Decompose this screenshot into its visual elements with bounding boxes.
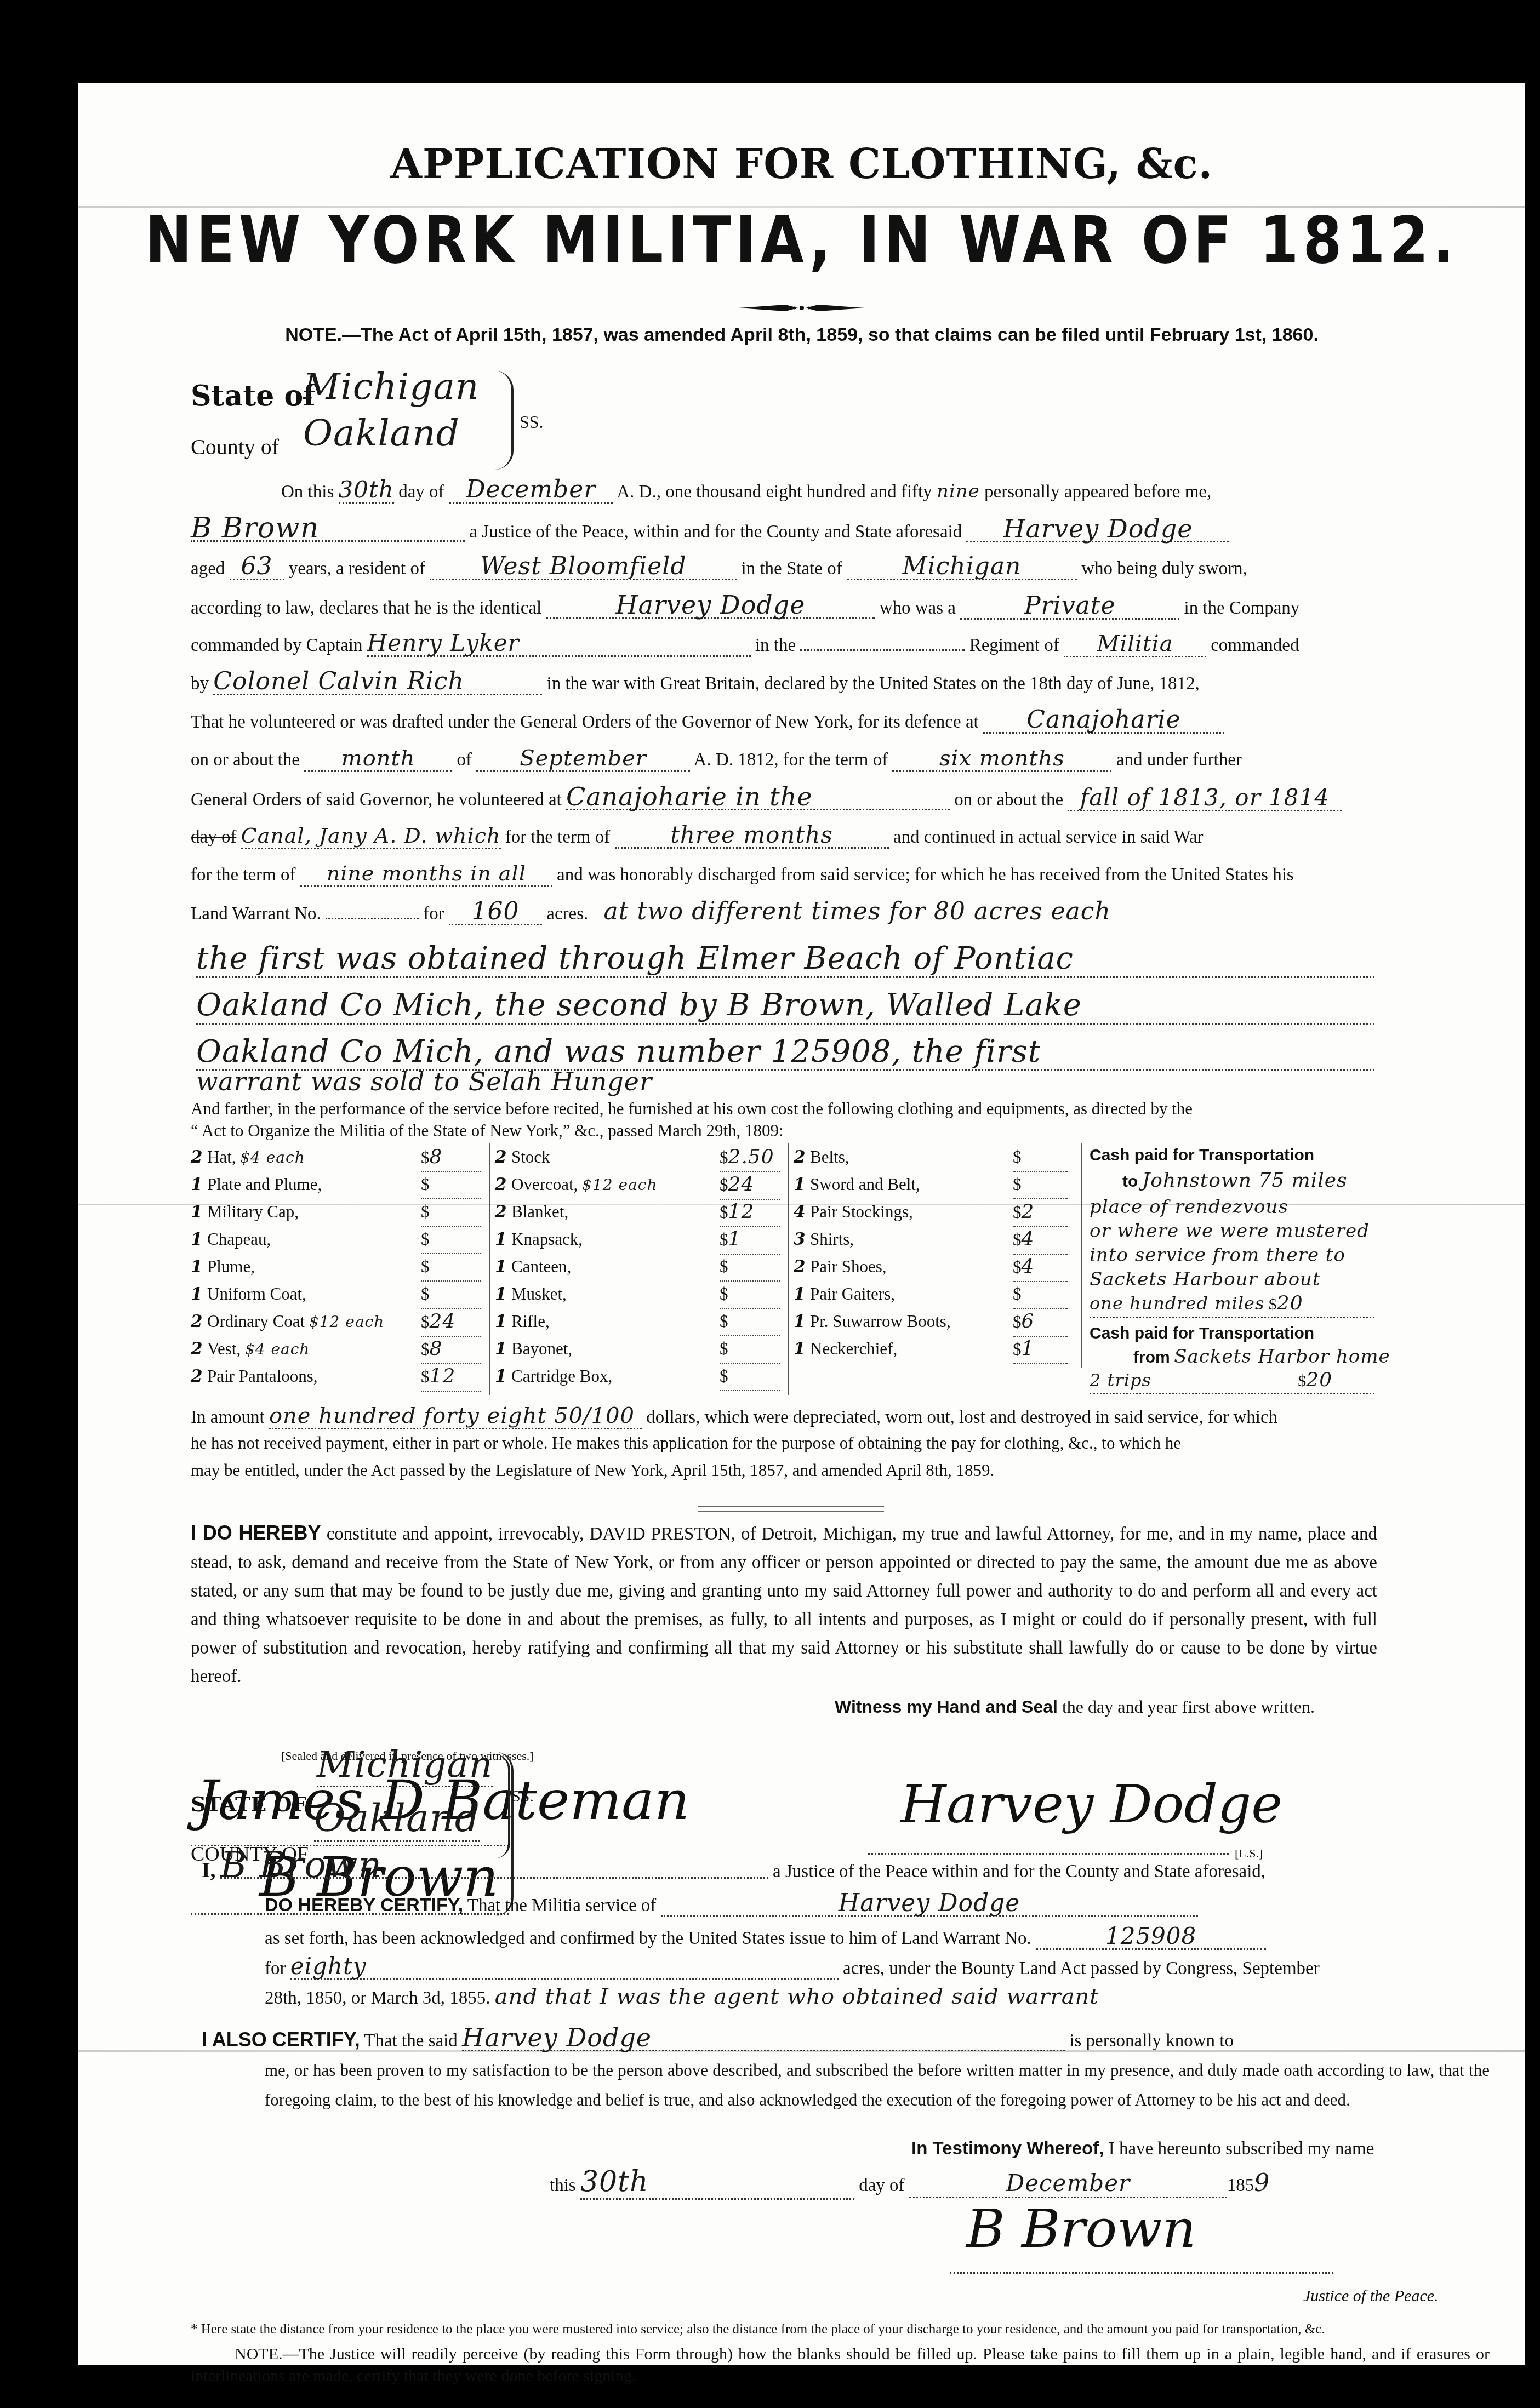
item-row: 2Pair Shoes, $4 [794,1253,1073,1280]
text: as set forth, has been acknowledged and … [265,1929,1031,1948]
item-qty: 1 [794,1308,810,1335]
amount-label: In amount [191,1408,265,1427]
dollar-sign: $ [1269,1295,1277,1313]
item-label: Stock [511,1147,550,1166]
dollar-sign: $ [720,1284,728,1303]
transport-from-label: Cash paid for Transportation [1090,1322,1484,1346]
item-price-field: $ [720,1335,780,1364]
text: day of [398,482,444,502]
cert-service-of: Harvey Dodge [661,1891,1198,1917]
field-year-word: nine [937,481,980,502]
item-qty: 2 [191,1308,207,1335]
transport-to-line: into service from there to [1090,1243,1484,1267]
item-label: Belts, [810,1147,849,1166]
footer-note-text: The Justice will readily perceive (by re… [191,2345,1490,2385]
dollar-sign: $ [421,1284,430,1303]
text: and under further [1116,750,1242,770]
item-note: $12 each [309,1313,384,1331]
item-row: 2Belts, $ [794,1143,1073,1171]
field-acres: 160 [449,900,542,925]
attorney-paragraph: I DO HEREBY constitute and appoint, irre… [191,1519,1377,1691]
dollar-sign: $ [421,1175,430,1194]
item-price: 12 [430,1363,456,1390]
text: I have hereunto subscribed my name [1109,2139,1374,2159]
item-qty: 1 [191,1280,207,1308]
item-row: 2Pair Pantaloons, $12 [191,1363,487,1390]
text: dollars, which were depreciated, worn ou… [646,1408,1277,1427]
cert-ss: SS. [511,1787,534,1806]
item-price: 4 [1022,1226,1035,1253]
text: General Orders of said Governor, he volu… [191,790,562,810]
item-label: Plate and Plume, [207,1175,322,1194]
field-term-2: three months [615,823,889,849]
item-label: Uniform Coat, [207,1284,306,1303]
cert-act-line: 28th, 1850, or March 3d, 1855. and that … [265,1984,1490,2010]
item-qty: 2 [794,1253,810,1280]
justice-signature: B Brown [966,2198,1196,2260]
text: who was a [880,598,956,618]
field-term-1: six months [892,746,1111,772]
dollar-sign: $ [421,1257,430,1276]
cert-day: 30th [580,2165,854,2200]
text: personally appeared before me, [984,482,1211,502]
item-label: Blanket, [511,1202,568,1221]
signature-line [950,2272,1333,2274]
item-price-field: $ [720,1363,780,1391]
cert-justice-line: I, B Brown a Justice of the Peace within… [202,1853,1490,1884]
item-note: $12 each [582,1176,657,1194]
item-price: 6 [1022,1308,1035,1335]
item-qty: 3 [794,1226,810,1253]
transport-to-label: Cash paid for Transportation [1090,1143,1484,1168]
text: of [457,750,472,770]
item-label: Neckerchief, [810,1339,897,1358]
dollar-sign: $ [421,1312,430,1331]
cert-also-name: Harvey Dodge [462,2026,1065,2051]
text: is personally known to [1069,2031,1234,2051]
text: acres. [546,904,588,924]
text: That the said [364,2031,457,2051]
item-price: 24 [728,1171,755,1198]
field-total-term: nine months in all [300,861,552,887]
text: commanded by Captain [191,636,362,655]
field-justice-name: B Brown [191,516,465,542]
column-divider [788,1143,789,1395]
field-day-of: Canal, Jany A. D. which [241,823,501,849]
item-price-field: $2.50 [720,1143,780,1172]
item-price: 2.50 [728,1143,774,1171]
item-price-field: $ [1013,1171,1068,1199]
declaration-line-7: That he volunteered or was drafted under… [191,708,1490,734]
text: 28th, 1850, or March 3d, 1855. [265,1988,490,2008]
text: aged [191,559,225,579]
item-row: 4Pair Stockings, $2 [794,1198,1073,1226]
dollar-sign: $ [1013,1257,1022,1277]
dollar-sign: $ [1013,1175,1022,1194]
text: a Justice of the Peace within and for th… [773,1862,1265,1881]
witness-lead: Witness my Hand and Seal [835,1697,1058,1717]
dollar-sign: $ [1013,1284,1022,1303]
item-qty: 2 [495,1171,511,1198]
county-label: County of [191,434,279,460]
item-note: $4 each [245,1340,310,1358]
item-price: 1 [728,1226,742,1253]
remark-line-1: at two different times for 80 acres each [604,897,1111,925]
state-value: Michigan [303,365,479,408]
dollar-sign: $ [421,1148,430,1167]
declaration-line-4: according to law, declares that he is th… [191,593,1490,620]
field-land-warrant-no [326,918,419,919]
item-price: 24 [430,1308,456,1335]
witness-rest: the day and year first above written. [1062,1697,1315,1717]
dollar-sign: $ [720,1339,728,1358]
text: in the [755,636,796,655]
dollar-sign: $ [1013,1147,1022,1166]
state-label: State of [191,379,316,413]
cert-warrant-no: 125908 [1036,1924,1266,1950]
item-row: 1Military Cap, $ [191,1198,487,1226]
item-row: 1Pair Gaiters, $ [794,1280,1073,1308]
item-label: Overcoat, [511,1175,578,1194]
field-residence-state: Michigan [847,554,1077,580]
item-qty: 1 [794,1335,810,1363]
item-qty: 2 [794,1143,810,1171]
amount-line-3: may be entitled, under the Act passed by… [191,1458,1490,1483]
field-volunteered-at: Canajoharie in the [566,785,950,810]
item-price-field: $1 [720,1226,780,1255]
item-qty: 1 [495,1253,511,1280]
text: That he volunteered or was drafted under… [191,712,979,732]
field-claimant: Harvey Dodge [966,517,1229,542]
testimony-lead: In Testimony Whereof, [911,2138,1104,2158]
remark-line-4: Oakland Co Mich, and was number 125908, … [196,1034,1374,1071]
field-identical-name: Harvey Dodge [546,593,875,619]
filing-deadline-note: NOTE.—The Act of April 15th, 1857, was a… [78,324,1525,346]
item-price-field: $ [421,1171,481,1199]
cert-agent-note: and that I was the agent who obtained sa… [495,1984,1099,2009]
dollar-sign: $ [421,1202,430,1221]
cert-acres-line: for eighty acres, under the Bounty Land … [265,1954,1490,1981]
item-qty: 1 [191,1198,207,1226]
transport-to-line: Johnstown 75 miles [1142,1169,1348,1192]
field-regiment: Militia [1064,632,1206,657]
item-price-field: $ [1013,1280,1068,1309]
footer-note-lead: NOTE.— [235,2345,299,2363]
testimony-date-line: this 30th day of December1859 [550,2165,1270,2200]
item-qty: 1 [191,1253,207,1280]
item-label: Plume, [207,1257,255,1276]
text: this [550,2176,576,2195]
witness-line: Witness my Hand and Seal the day and yea… [835,1697,1315,1717]
transport-from-text-2: 2 trips [1090,1370,1151,1391]
item-qty: 1 [495,1363,511,1390]
item-row: 1Uniform Coat, $ [191,1280,487,1308]
dollar-sign: $ [720,1257,728,1276]
document-page: APPLICATION FOR CLOTHING, &c. NEW YORK M… [78,83,1525,2365]
text: according to law, declares that he is th… [191,598,541,618]
text: who being duly sworn, [1081,559,1247,579]
declaration-line-13: And farther, in the performance of the s… [191,1097,1490,1121]
item-price: 8 [430,1335,443,1363]
item-row: 1Plate and Plume, $ [191,1171,487,1198]
text: Regiment of [969,636,1059,655]
footer-note: NOTE.—The Justice will readily perceive … [191,2343,1490,2387]
field-colonel: Colonel Calvin Rich [213,670,542,695]
dollar-sign: $ [421,1340,430,1359]
transport-to-line: Sackets Harbour about [1090,1267,1484,1291]
text: for the term of [191,865,296,885]
text: A. D. 1812, for the term of [694,750,888,770]
cert-justice-name: B Brown [220,1853,768,1879]
item-label: Musket, [511,1284,567,1303]
items-column-1: 2Hat, $4 each$81Plate and Plume, $1Milit… [191,1143,487,1390]
attorney-lead: I DO HEREBY [191,1522,321,1544]
item-qty: 2 [495,1143,511,1171]
dollar-sign: $ [1013,1230,1022,1249]
item-row: 2Ordinary Coat $12 each$24 [191,1308,487,1335]
item-price-field: $24 [421,1308,481,1337]
text: That the Militia service of [467,1896,657,1915]
item-row: 1Bayonet, $ [495,1335,785,1363]
item-qty: 1 [191,1226,207,1253]
amount-line-2: he has not received payment, either in p… [191,1431,1490,1455]
declaration-line-11: for the term of nine months in all and w… [191,861,1490,887]
text: on or about the [191,750,300,770]
text: On this [281,482,334,502]
transport-to-line: or where we were mustered [1090,1219,1484,1243]
item-label: Chapeau, [207,1229,271,1249]
declaration-line-8: on or about the month of September A. D.… [191,746,1490,772]
text: in the State of [742,559,842,579]
item-price-field: $ [720,1253,780,1282]
item-price-field: $4 [1013,1253,1068,1282]
claimant-signature: Harvey Dodge [900,1774,1282,1835]
field-service-month: September [476,746,690,772]
text: day of [859,2176,904,2195]
item-qty: 4 [794,1198,810,1226]
item-row: 1Musket, $ [495,1280,785,1308]
field-residence: West Bloomfield [430,554,737,580]
cert-venue-bracket [495,1754,510,1858]
transport-to-amount: 20 [1277,1292,1303,1314]
dollar-sign: $ [1298,1372,1306,1390]
attorney-text: constitute and appoint, irrevocably, DAV… [191,1524,1377,1686]
text: A. D., one thousand eight hundred and fi… [617,482,932,502]
item-label: Pr. Suwarrow Boots, [810,1312,951,1331]
item-price-field: $ [421,1198,481,1227]
column-divider [489,1143,490,1395]
transport-from-prefix: from [1133,1348,1170,1366]
cert-county-value: Oakland [314,1795,480,1842]
text: for the term of [505,827,611,847]
item-price: 4 [1022,1253,1035,1280]
cert-year-digit: 9 [1254,2169,1270,2197]
venue-bracket [495,371,514,470]
item-qty: 1 [794,1171,810,1198]
item-price-field: $ [720,1308,780,1336]
item-price: 8 [430,1143,443,1171]
dollar-sign: $ [720,1203,728,1222]
item-qty: 2 [191,1335,207,1363]
also-certify-lead: I ALSO CERTIFY, [202,2028,360,2051]
item-label: Cartridge Box, [511,1366,612,1386]
items-column-3: 2Belts, $1Sword and Belt, $4Pair Stockin… [794,1143,1073,1363]
item-price-field: $ [421,1226,481,1254]
item-label: Canteen, [511,1257,571,1276]
certify-lead: DO HEREBY CERTIFY, [265,1895,463,1915]
cert-also-line: I ALSO CERTIFY, That the said Harvey Dod… [202,2026,1490,2053]
field-defence-at: Canajoharie [983,708,1224,734]
item-label: Pair Pantaloons, [207,1366,318,1386]
dollar-sign: $ [720,1175,728,1194]
item-price-field: $8 [421,1143,481,1172]
item-price-field: $ [421,1253,481,1282]
declaration-line-9: General Orders of said Governor, he volu… [191,785,1490,812]
item-price-field: $4 [1013,1226,1068,1255]
transport-to-prefix: to [1122,1172,1138,1191]
county-value: Oakland [303,412,460,454]
item-price-field: $12 [720,1198,780,1227]
declaration-line-3: aged 63 years, a resident of West Bloomf… [191,554,1490,581]
section-divider [698,1506,884,1512]
item-note: $4 each [240,1148,305,1166]
form-title: APPLICATION FOR CLOTHING, &c. [78,141,1525,188]
item-row: 2Hat, $4 each$8 [191,1143,487,1171]
item-row: 1Sword and Belt, $ [794,1171,1073,1198]
item-qty: 1 [495,1280,511,1308]
dollar-sign: $ [720,1148,728,1167]
item-label: Hat, [207,1147,236,1166]
item-row: 1Plume, $ [191,1253,487,1280]
cert-also-paragraph: me, or has been proven to my satisfactio… [265,2056,1490,2115]
text: and was honorably discharged from said s… [557,865,1294,885]
item-row: 1Canteen, $ [495,1253,785,1280]
item-qty: 1 [191,1171,207,1198]
item-row: 1Rifle, $ [495,1308,785,1335]
item-label: Ordinary Coat [207,1312,305,1331]
item-price-field: $8 [421,1335,481,1364]
dollar-sign: $ [421,1367,430,1386]
item-price-field: $1 [1013,1335,1068,1364]
dollar-sign: $ [1013,1340,1022,1359]
transport-to-line: one hundred miles [1090,1293,1264,1314]
declaration-line-2: B Brown a Justice of the Peace, within a… [191,516,1490,544]
item-row: 1Neckerchief, $1 [794,1335,1073,1363]
item-price-field: $ [421,1280,481,1309]
item-label: Rifle, [511,1312,550,1331]
item-row: 1Cartridge Box, $ [495,1363,785,1390]
item-qty: 1 [495,1226,511,1253]
text: for [265,1959,286,1978]
testimony-line: In Testimony Whereof, I have hereunto su… [911,2138,1374,2159]
remark-line-5: warrant was sold to Selah Hunger [196,1067,652,1096]
cert-state-label: STATE OF [191,1792,307,1816]
item-label: Pair Shoes, [810,1257,887,1276]
item-label: Vest, [207,1339,241,1358]
field-rank: Private [960,594,1179,620]
field-regiment-number [800,649,965,651]
cert-month: December [909,2170,1227,2198]
dollar-sign: $ [720,1312,728,1331]
item-label: Knapsack, [511,1229,583,1249]
item-price-field: $12 [421,1363,481,1392]
item-label: Shirts, [810,1229,854,1249]
declaration-line-12: Land Warrant No. for 160 acres. at two d… [191,900,1490,926]
text: on or about the [954,790,1063,810]
text: in the war with Great Britain, declared … [547,674,1200,694]
transport-section: Cash paid for Transportation to Johnstow… [1090,1143,1484,1394]
text: I, [202,1857,216,1882]
text: for [423,904,444,924]
declaration-line-14: “ Act to Organize the Militia of the Sta… [191,1119,1490,1143]
field-second-date: fall of 1813, or 1814 [1068,786,1342,811]
text: a Justice of the Peace, within and for t… [469,522,962,542]
dollar-sign: $ [421,1229,430,1249]
item-row: 2Blanket, $12 [495,1198,785,1226]
item-label: Sword and Belt, [810,1175,920,1194]
item-row: 2Overcoat, $12 each$24 [495,1171,785,1198]
cert-acres: eighty [290,1954,839,1980]
dollar-sign: $ [1013,1312,1022,1331]
field-captain: Henry Lyker [367,631,751,657]
item-row: 1Knapsack, $1 [495,1226,785,1253]
remark-line-2: the first was obtained through Elmer Bea… [196,941,1374,978]
declaration-line-5: commanded by Captain Henry Lyker in the … [191,631,1490,657]
text: 185 [1227,2176,1254,2195]
field-service-period: month [304,746,452,772]
item-qty: 1 [495,1308,511,1335]
item-price-field: $ [720,1280,780,1309]
text: by [191,674,209,694]
text: years, a resident of [289,559,425,579]
text: Land Warrant No. [191,904,321,924]
item-label: Bayonet, [511,1339,572,1358]
item-row: 3Shirts, $4 [794,1226,1073,1253]
amount-line: In amount one hundred forty eight 50/100… [191,1404,1490,1429]
cert-state-value: Michigan [317,1743,493,1787]
venue-ss: SS. [520,412,544,432]
declaration-line-1: On this 30th day of December A. D., one … [191,478,1490,504]
justice-title: Justice of the Peace. [1303,2287,1439,2306]
footnote: * Here state the distance from your resi… [191,2320,1490,2339]
item-price-field: $6 [1013,1308,1068,1337]
item-qty: 2 [191,1143,207,1171]
text: acres, under the Bounty Land Act passed … [843,1959,1320,1978]
item-qty: 2 [495,1198,511,1226]
transport-from-text: Sackets Harbor home [1174,1346,1390,1368]
item-qty: 1 [495,1335,511,1363]
dollar-sign: $ [720,1230,728,1249]
dollar-sign: $ [720,1366,728,1386]
item-label: Pair Stockings, [810,1202,913,1221]
item-row: 2Stock $2.50 [495,1143,785,1171]
item-row: 1Chapeau, $ [191,1226,487,1253]
item-price-field: $2 [1013,1198,1068,1227]
declaration-line-6: by Colonel Calvin Rich in the war with G… [191,670,1490,696]
remark-line-3: Oakland Co Mich, the second by B Brown, … [196,987,1374,1025]
text: commanded [1211,636,1299,655]
declaration-line-10: day of Canal, Jany A. D. which for the t… [191,823,1490,849]
cert-certify-line: DO HEREBY CERTIFY, That the Militia serv… [265,1891,1490,1918]
text: day of [191,827,236,847]
cert-warrant-line: as set forth, has been acknowledged and … [265,1924,1490,1951]
item-price: 12 [728,1198,755,1226]
item-price: 2 [1022,1198,1035,1226]
item-price: 1 [1022,1335,1035,1363]
text: and continued in actual service in said … [893,827,1204,847]
dollar-sign: $ [1013,1203,1022,1222]
item-qty: 1 [794,1280,810,1308]
